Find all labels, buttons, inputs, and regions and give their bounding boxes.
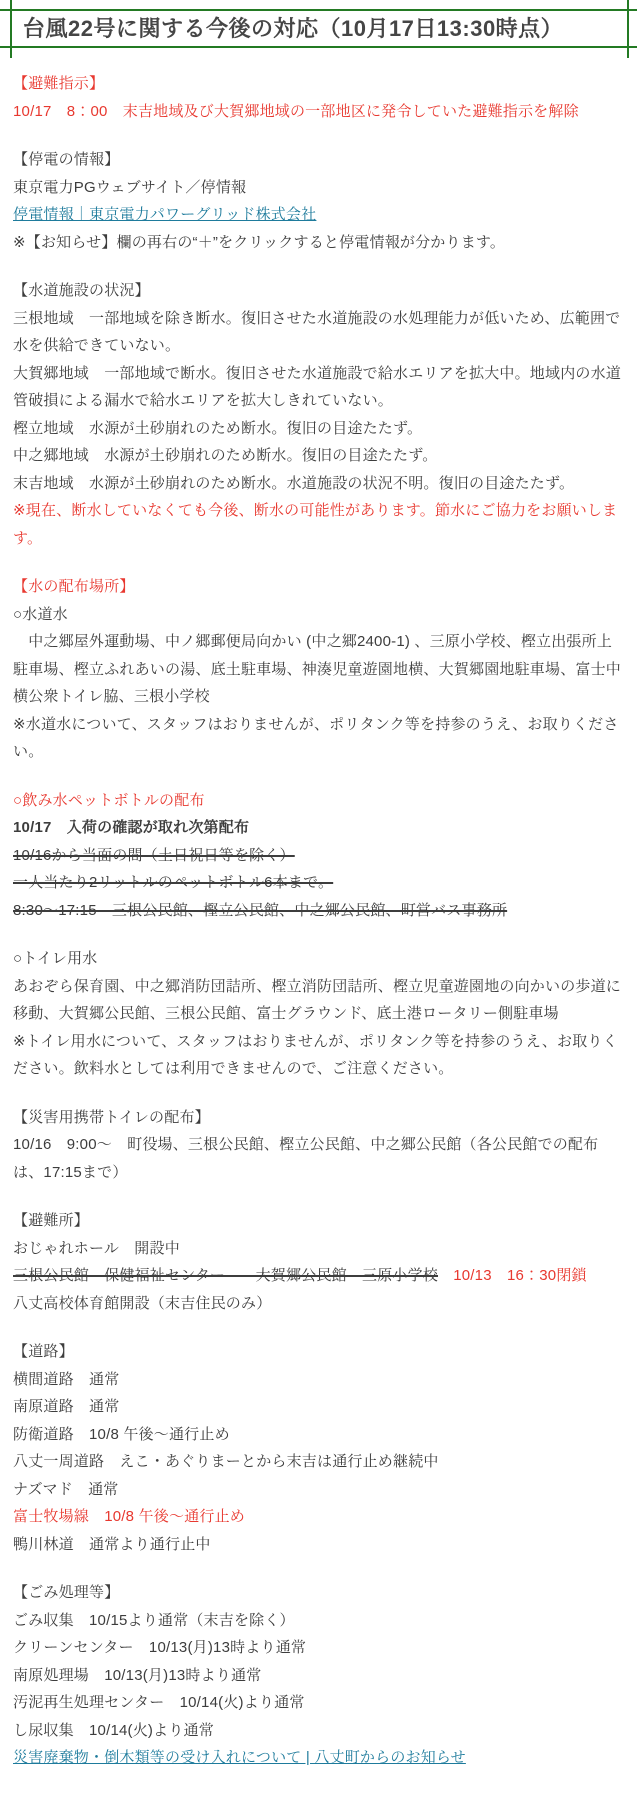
text-line: 三根地域 一部地域を除き断水。復旧させた水道施設の水処理能力が低いため、広範囲で…: [13, 305, 624, 360]
section-heading-hinanjo: 【避難所】: [13, 1207, 624, 1235]
text-line: 汚泥再生処理センター 10/14(火)より通常: [13, 1689, 624, 1717]
text-line: 樫立地域 水源が土砂崩れのため断水。復旧の目途たたず。: [13, 415, 624, 443]
text-line: 鴨川林道 通常より通行止中: [13, 1531, 624, 1559]
text-line: おじゃれホール 開設中: [13, 1235, 624, 1263]
text-line: 一人当たり2リットルのペットボトル6本まで。: [13, 869, 624, 897]
text-line: 三根公民館 保健福祉センター 大賀郷公民館 三原小学校 10/13 16：30閉…: [13, 1262, 624, 1290]
section-heading-doro: 【道路】: [13, 1338, 624, 1366]
page-title-frame: 台風22号に関する今後の対応（10月17日13:30時点）: [0, 0, 637, 58]
text-line: ○水道水: [13, 601, 624, 629]
page: 台風22号に関する今後の対応（10月17日13:30時点） 【避難指示】10/1…: [0, 0, 637, 1793]
text-line: 中之郷地域 水源が土砂崩れのため断水。復旧の目途たたず。: [13, 442, 624, 470]
section-heading-hinan-shiji: 【避難指示】: [13, 70, 624, 98]
text-line: 10/16 9:00～ 町役場、三根公民館、樫立公民館、中之郷公民館（各公民館で…: [13, 1131, 624, 1186]
link-line: 停電情報｜東京電力パワーグリッド株式会社: [13, 201, 624, 229]
section-hinan-shiji: 【避難指示】10/17 8：00 末吉地域及び大賀郷地域の一部地区に発令していた…: [13, 70, 624, 125]
text-line: ※水道水について、スタッフはおりませんが、ポリタンク等を持参のうえ、お取りくださ…: [13, 711, 624, 766]
link-line: 災害廃棄物・倒木類等の受け入れについて | 八丈町からのお知らせ: [13, 1744, 624, 1772]
text-line: ※現在、断水していなくても今後、断水の可能性があります。節水にご協力をお願いしま…: [13, 497, 624, 552]
text-line: し尿収集 10/14(火)より通常: [13, 1717, 624, 1745]
text-line: あおぞら保育園、中之郷消防団詰所、樫立消防団詰所、樫立児童遊園地の向かいの歩道に…: [13, 973, 624, 1028]
section-heading-gomi-shori: 【ごみ処理等】: [13, 1579, 624, 1607]
section-heading-nomimizu-petbottle: ○飲み水ペットボトルの配布: [13, 787, 624, 815]
section-heading-keitai-toire: 【災害用携帯トイレの配布】: [13, 1104, 624, 1132]
link-teiden-joho[interactable]: 停電情報｜東京電力パワーグリッド株式会社: [13, 206, 316, 223]
text-line: 八丈高校体育館開設（末吉住民のみ）: [13, 1290, 624, 1318]
section-suido-shisetsu: 【水道施設の状況】三根地域 一部地域を除き断水。復旧させた水道施設の水処理能力が…: [13, 277, 624, 552]
text-segment: 10/13 16：30閉鎖: [453, 1267, 587, 1284]
text-line: 10/16から当面の間（土日祝日等を除く）: [13, 842, 624, 870]
text-line: 10/17 入荷の確認が取れ次第配布: [13, 814, 624, 842]
link-gomi-shori[interactable]: 災害廃棄物・倒木類等の受け入れについて | 八丈町からのお知らせ: [13, 1749, 466, 1766]
text-segment: 三根公民館 保健福祉センター 大賀郷公民館 三原小学校: [13, 1267, 438, 1284]
section-mizu-haifu-basho: 【水の配布場所】○水道水 中之郷屋外運動場、中ノ郷郵便局向かい (中之郷2400…: [13, 573, 624, 766]
text-segment: [438, 1267, 453, 1284]
section-heading-teiden-joho: 【停電の情報】: [13, 146, 624, 174]
frame-left-rule: [10, 0, 12, 58]
section-heading-toire-yosui: ○トイレ用水: [13, 945, 624, 973]
text-line: ※【お知らせ】欄の再右の“＋”をクリックすると停電情報が分かります。: [13, 229, 624, 257]
section-toire-yosui: ○トイレ用水あおぞら保育園、中之郷消防団詰所、樫立消防団詰所、樫立児童遊園地の向…: [13, 945, 624, 1083]
page-title: 台風22号に関する今後の対応（10月17日13:30時点）: [23, 11, 607, 46]
text-line: 八丈一周道路 えこ・あぐりまーとから末吉は通行止め継続中: [13, 1448, 624, 1476]
text-line: 富士牧場線 10/8 午後～通行止め: [13, 1503, 624, 1531]
section-teiden-joho: 【停電の情報】東京電力PGウェブサイト／停情報停電情報｜東京電力パワーグリッド株…: [13, 146, 624, 256]
text-line: ごみ収集 10/15より通常（末吉を除く）: [13, 1607, 624, 1635]
section-doro: 【道路】横間道路 通常南原道路 通常防衛道路 10/8 午後～通行止め八丈一周道…: [13, 1338, 624, 1558]
text-line: 10/17 8：00 末吉地域及び大賀郷地域の一部地区に発令していた避難指示を解…: [13, 98, 624, 126]
section-gomi-shori: 【ごみ処理等】ごみ収集 10/15より通常（末吉を除く）クリーンセンター 10/…: [13, 1579, 624, 1772]
section-nomimizu-petbottle: ○飲み水ペットボトルの配布10/17 入荷の確認が取れ次第配布10/16から当面…: [13, 787, 624, 925]
text-line: 横間道路 通常: [13, 1366, 624, 1394]
text-line: 大賀郷地域 一部地域で断水。復旧させた水道施設で給水エリアを拡大中。地域内の水道…: [13, 360, 624, 415]
text-line: 中之郷屋外運動場、中ノ郷郵便局向かい (中之郷2400-1) 、三原小学校、樫立…: [13, 628, 624, 711]
text-line: 東京電力PGウェブサイト／停情報: [13, 174, 624, 202]
text-line: 末吉地域 水源が土砂崩れのため断水。水道施設の状況不明。復旧の目途たたず。: [13, 470, 624, 498]
text-line: ※トイレ用水について、スタッフはおりませんが、ポリタンク等を持参のうえ、お取りく…: [13, 1028, 624, 1083]
text-line: 防衛道路 10/8 午後～通行止め: [13, 1421, 624, 1449]
text-line: 南原処理場 10/13(月)13時より通常: [13, 1662, 624, 1690]
text-line: ナズマド 通常: [13, 1476, 624, 1504]
text-line: 8:30～17:15 三根公民館、樫立公民館、中之郷公民館、町営バス事務所: [13, 897, 624, 925]
section-heading-mizu-haifu-basho: 【水の配布場所】: [13, 573, 624, 601]
text-line: クリーンセンター 10/13(月)13時より通常: [13, 1634, 624, 1662]
section-heading-suido-shisetsu: 【水道施設の状況】: [13, 277, 624, 305]
section-keitai-toire: 【災害用携帯トイレの配布】10/16 9:00～ 町役場、三根公民館、樫立公民館…: [13, 1104, 624, 1187]
section-hinanjo: 【避難所】おじゃれホール 開設中三根公民館 保健福祉センター 大賀郷公民館 三原…: [13, 1207, 624, 1317]
text-line: 南原道路 通常: [13, 1393, 624, 1421]
content: 【避難指示】10/17 8：00 末吉地域及び大賀郷地域の一部地区に発令していた…: [0, 70, 637, 1772]
frame-right-rule: [627, 0, 629, 58]
frame-bottom-rule: [0, 46, 637, 48]
